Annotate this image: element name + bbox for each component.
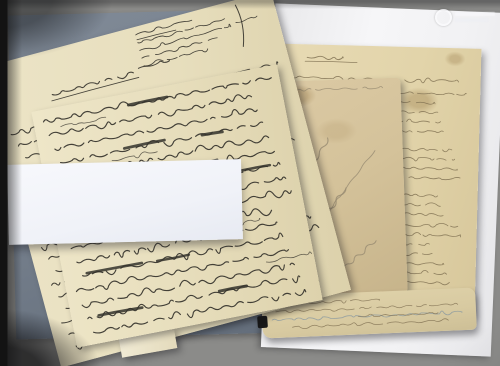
clip-nub [257, 316, 268, 329]
manuscript-lot-photo [0, 0, 500, 366]
white-cover-card [7, 159, 243, 245]
magnifier-icon [435, 9, 452, 26]
zoom-watermark[interactable] [435, 5, 497, 29]
watermark-text-lines [455, 12, 495, 22]
